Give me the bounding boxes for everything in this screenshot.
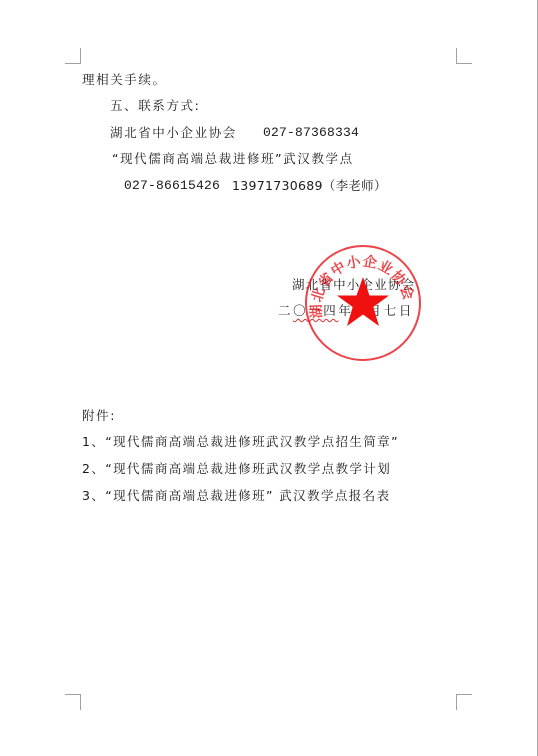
- contact-program-phone: 027-86615426: [124, 178, 220, 194]
- attachment-item-3: 3、“现代儒商高端总裁进修班” 武汉教学点报名表: [82, 488, 390, 504]
- margin-corner-top-left: [65, 48, 81, 64]
- signature-date: 二〇一四年一月七日: [278, 303, 414, 319]
- attachment-item-2: 2、“现代儒商高端总裁进修班武汉教学点教学计划: [82, 461, 391, 477]
- attachment-item-1: 1、“现代儒商高端总裁进修班武汉教学点招生简章”: [82, 434, 399, 450]
- date-prefix: 二: [278, 303, 293, 318]
- signature-org: 湖北省中小企业协会: [292, 277, 415, 293]
- contact-org-phone: 027-87368334: [263, 125, 359, 141]
- contact-program-mobile: 13971730689（李老师）: [232, 178, 387, 194]
- margin-corner-top-right: [456, 48, 472, 64]
- margin-corner-bottom-right: [456, 694, 472, 710]
- attachments-heading: 附件:: [82, 408, 116, 424]
- date-suffix: 年一月七日: [338, 303, 414, 318]
- date-year-spellcheck: 〇一四: [293, 303, 338, 318]
- contact-org-name: 湖北省中小企业协会: [110, 125, 237, 141]
- body-line-procedures: 理相关手续。: [82, 72, 167, 88]
- section-heading-contact: 五、联系方式:: [110, 98, 200, 114]
- margin-corner-bottom-left: [65, 694, 81, 710]
- contact-program-name: “现代儒商高端总裁进修班”武汉教学点: [112, 151, 354, 167]
